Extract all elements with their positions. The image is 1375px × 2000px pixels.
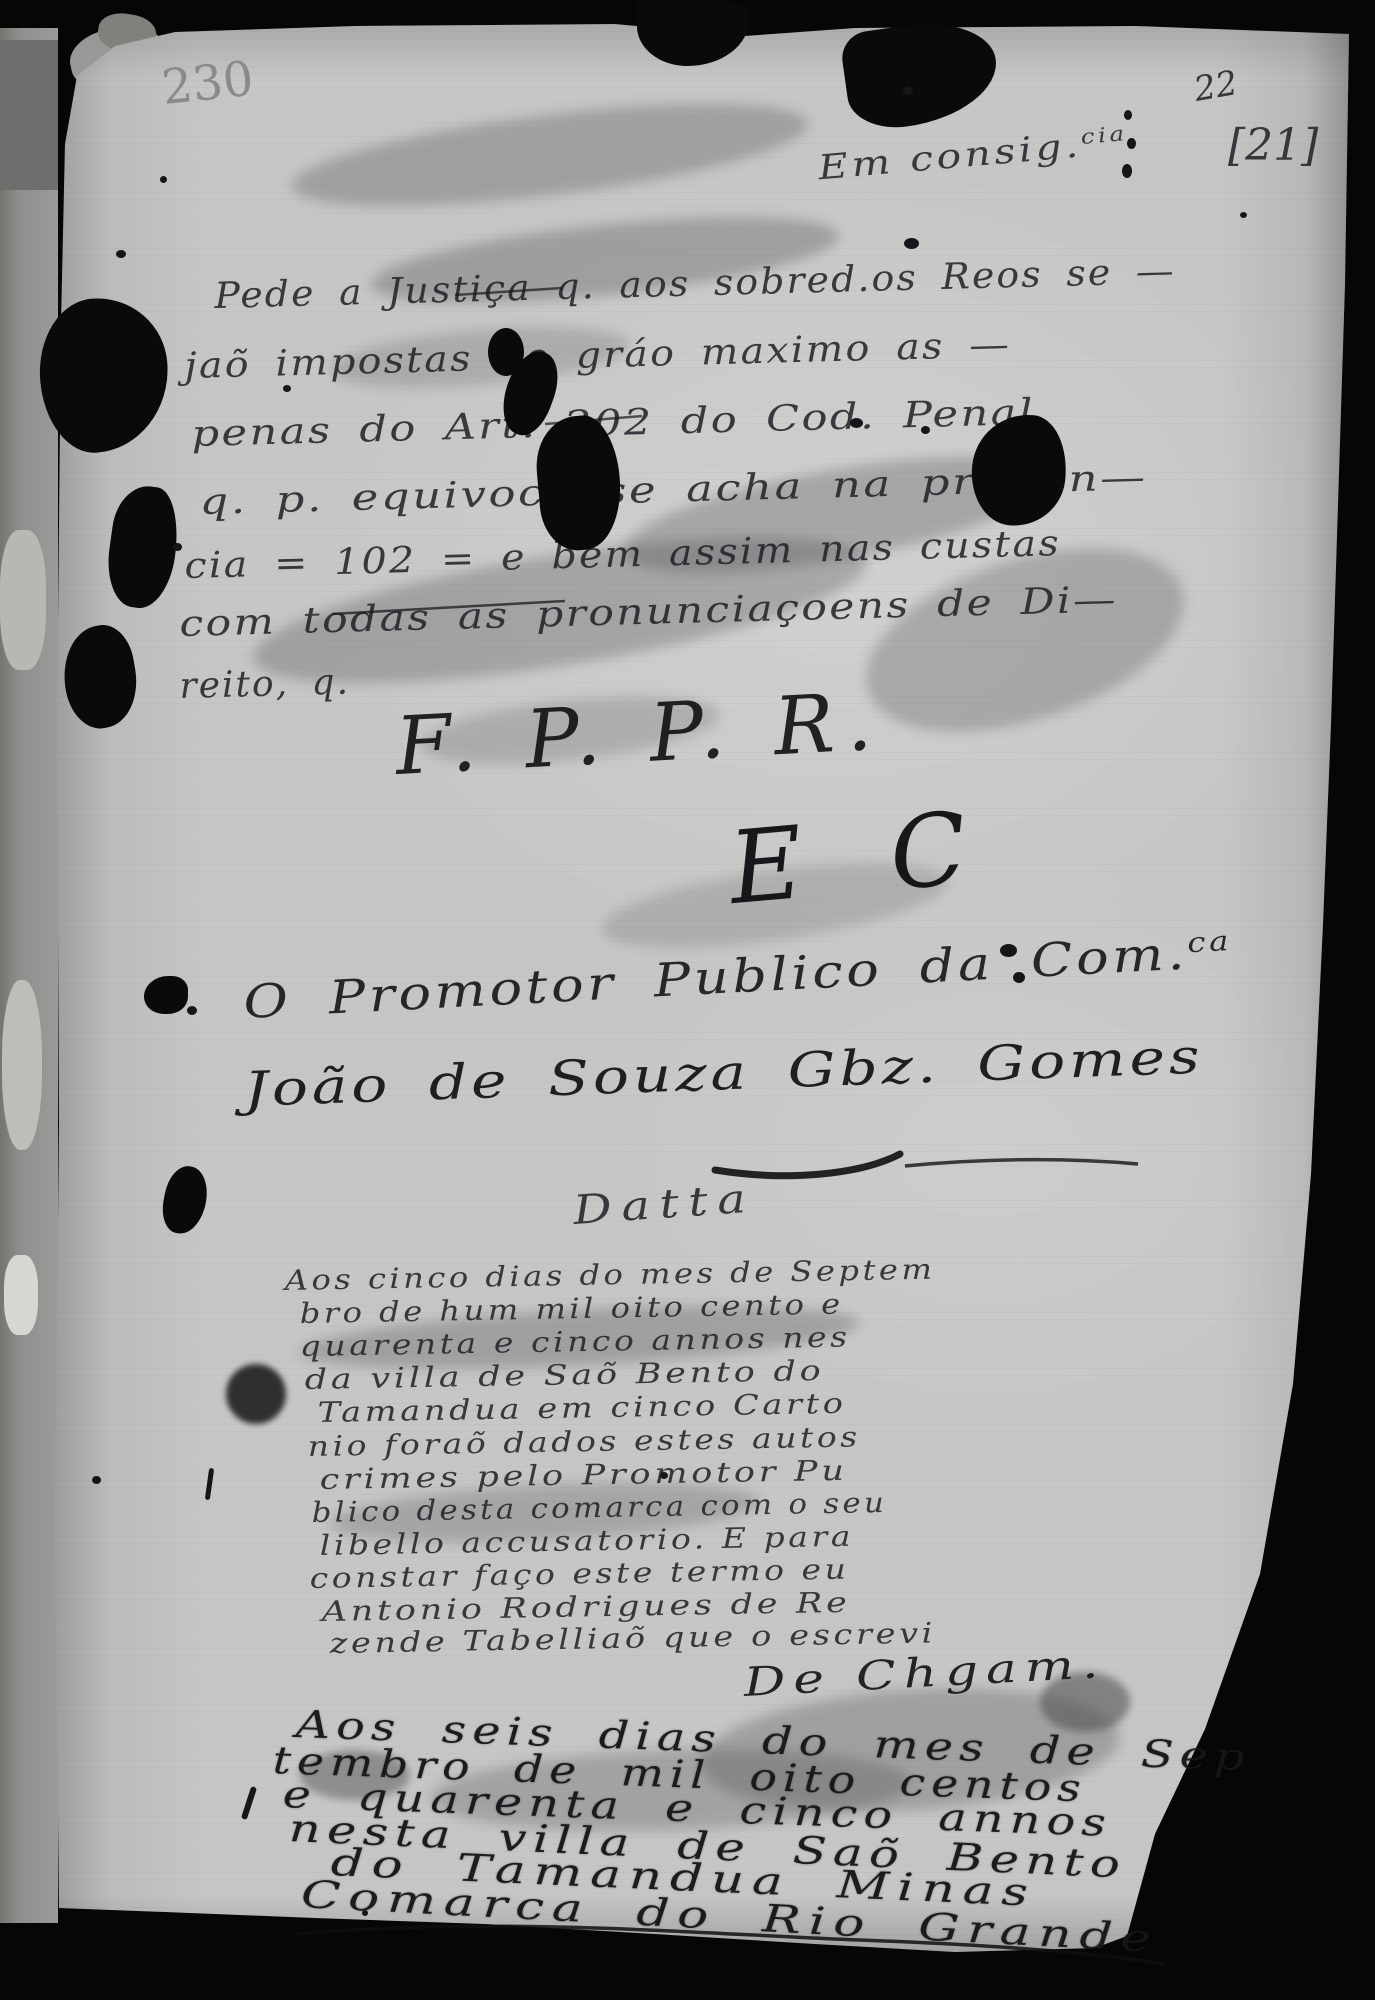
- promoter-title-superscript: ca: [1186, 924, 1232, 959]
- corner-number: 22: [1191, 63, 1241, 110]
- ink-blot: [488, 328, 524, 376]
- binding-shadow: [0, 40, 58, 190]
- ink-dot: [160, 176, 167, 183]
- binding-highlight: [2, 980, 42, 1150]
- ink-dot: [903, 86, 913, 95]
- pencil-page-number: 230: [159, 51, 256, 116]
- binding-highlight: [0, 530, 46, 670]
- ink-dot: [904, 238, 919, 249]
- ink-dot: [921, 426, 930, 434]
- ink-dot: [1000, 944, 1017, 957]
- ink-dot: [850, 418, 863, 428]
- ink-dot: [1127, 138, 1136, 149]
- ink-dot: [1124, 110, 1132, 120]
- ink-dot: [1013, 972, 1025, 983]
- monogram-signature: E C: [725, 787, 1000, 927]
- scanned-page: 230 22 [21] Em consig.cia Pede a Justiça…: [0, 0, 1375, 2000]
- ink-dot: [116, 250, 126, 258]
- ink-dot: [283, 385, 291, 392]
- binding-highlight: [4, 1255, 38, 1335]
- ink-blot: [144, 976, 188, 1014]
- ink-dot: [1240, 212, 1247, 218]
- ink-dot: [362, 1910, 368, 1916]
- petition-line: reito, q.: [179, 662, 351, 707]
- ink-dot: [92, 1476, 101, 1484]
- ink-dot: [173, 543, 182, 551]
- ink-dot: [660, 1472, 668, 1479]
- header-annotation-superscript: cia: [1080, 121, 1129, 149]
- ink-dot: [1122, 164, 1132, 178]
- binding-edge: [0, 28, 58, 1923]
- ink-blot: [226, 1364, 286, 1424]
- ink-dot: [187, 1006, 197, 1015]
- bracket-number: [21]: [1228, 120, 1318, 171]
